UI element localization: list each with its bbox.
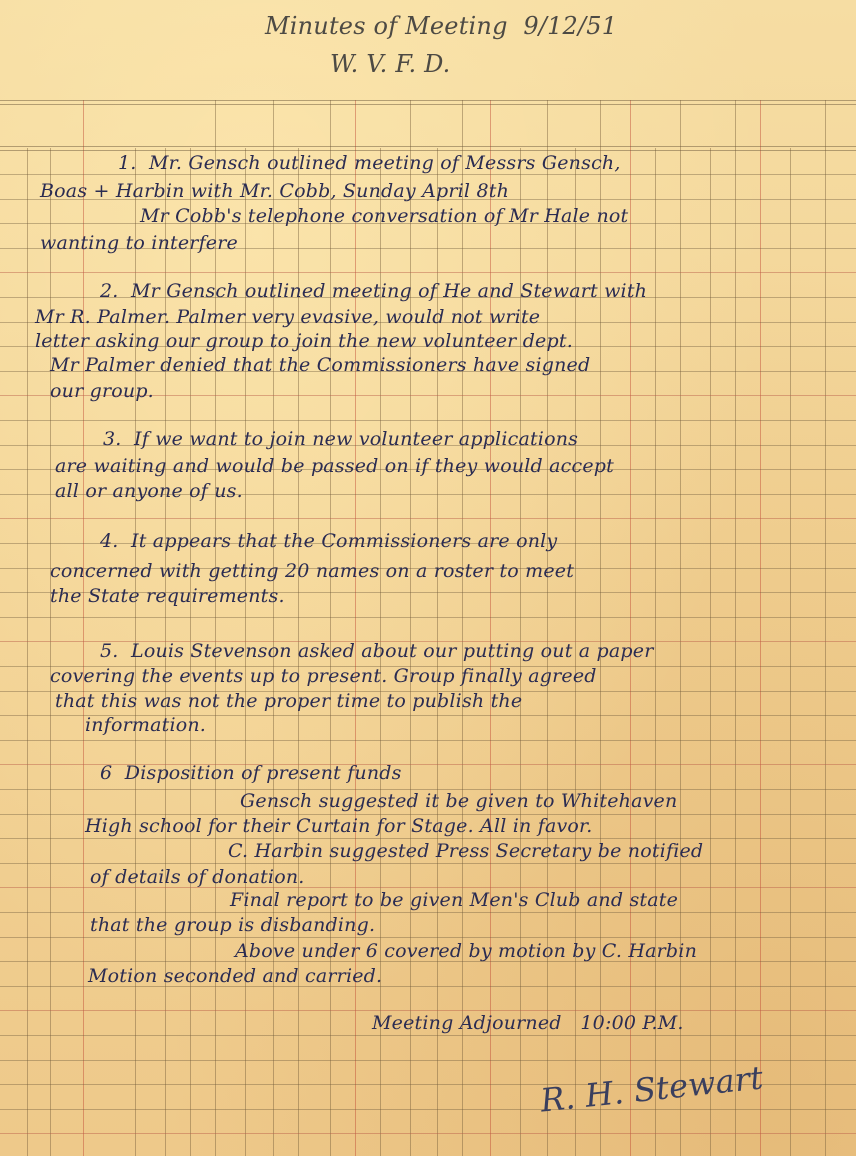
grid-vertical-line bbox=[462, 100, 463, 1156]
document-page: Minutes of Meeting 9/12/51 W. V. F. D. 1… bbox=[0, 0, 856, 1156]
grid-vertical-line bbox=[273, 100, 274, 1156]
item-5-line-2: covering the events up to present. Group… bbox=[50, 665, 597, 687]
grid-horizontal-line bbox=[0, 1010, 856, 1011]
item-4-line-3: the State requirements. bbox=[50, 585, 285, 607]
grid-horizontal-line bbox=[0, 937, 856, 938]
organization-name: W. V. F. D. bbox=[330, 50, 451, 78]
grid-horizontal-line bbox=[0, 1109, 856, 1110]
grid-horizontal-line bbox=[0, 617, 856, 618]
item-5-line-1: 5. Louis Stevenson asked about our putti… bbox=[100, 640, 654, 662]
adjourned-time: 10:00 P.M. bbox=[580, 1012, 683, 1034]
meeting-adjourned: Meeting Adjourned 10:00 P.M. bbox=[372, 1012, 684, 1034]
grid-vertical-line bbox=[680, 100, 681, 1156]
grid-vertical-line bbox=[355, 100, 356, 1156]
grid-vertical-line bbox=[825, 100, 826, 1156]
item-2-line-2: Mr R. Palmer. Palmer very evasive, would… bbox=[35, 306, 540, 328]
item-3-line-2: are waiting and would be passed on if th… bbox=[55, 455, 614, 477]
item-6-line-6: Final report to be given Men's Club and … bbox=[230, 889, 678, 911]
grid-vertical-line bbox=[330, 100, 331, 1156]
item-6-line-9: Motion seconded and carried. bbox=[88, 965, 382, 987]
grid-vertical-line bbox=[600, 100, 601, 1156]
item-2-line-1: 2. Mr Gensch outlined meeting of He and … bbox=[100, 280, 647, 302]
grid-vertical-line bbox=[215, 100, 216, 1156]
grid-vertical-line bbox=[490, 100, 491, 1156]
item-3-line-3: all or anyone of us. bbox=[55, 480, 243, 502]
grid-vertical-line bbox=[630, 100, 631, 1156]
item-2-line-3: letter asking our group to join the new … bbox=[35, 330, 573, 352]
grid-vertical-line bbox=[790, 148, 791, 1156]
grid-vertical-line bbox=[50, 148, 51, 1156]
minutes-title: Minutes of Meeting 9/12/51 bbox=[265, 12, 617, 40]
item-1-line-2: Boas + Harbin with Mr. Cobb, Sunday Apri… bbox=[40, 180, 509, 202]
grid-horizontal-line bbox=[0, 174, 856, 175]
item-1-line-1: 1. Mr. Gensch outlined meeting of Messrs… bbox=[118, 152, 621, 174]
item-5-line-3: that this was not the proper time to pub… bbox=[55, 690, 522, 712]
item-4-line-1: 4. It appears that the Commissioners are… bbox=[100, 530, 557, 552]
item-1-line-3: Mr Cobb's telephone conversation of Mr H… bbox=[140, 205, 628, 227]
grid-vertical-line bbox=[27, 148, 28, 1156]
item-4-line-2: concerned with getting 20 names on a ros… bbox=[50, 560, 574, 582]
item-6-line-5: of details of donation. bbox=[90, 866, 305, 888]
item-3-line-1: 3. If we want to join new volunteer appl… bbox=[103, 428, 578, 450]
grid-double-rule bbox=[0, 146, 856, 151]
item-6-line-2: Gensch suggested it be given to Whitehav… bbox=[240, 790, 677, 812]
grid-horizontal-line bbox=[0, 838, 856, 839]
item-6-line-1: 6 Disposition of present funds bbox=[100, 762, 402, 784]
grid-horizontal-line bbox=[0, 272, 856, 273]
grid-horizontal-line bbox=[0, 740, 856, 741]
grid-horizontal-line bbox=[0, 420, 856, 421]
item-6-line-7: that the group is disbanding. bbox=[90, 914, 375, 936]
grid-horizontal-line bbox=[0, 912, 856, 913]
meeting-date: 9/12/51 bbox=[523, 12, 617, 40]
grid-vertical-line bbox=[655, 148, 656, 1156]
item-1-line-4: wanting to interfere bbox=[40, 232, 238, 254]
grid-horizontal-line bbox=[0, 863, 856, 864]
grid-horizontal-line bbox=[0, 1133, 856, 1134]
grid-vertical-line bbox=[760, 100, 761, 1156]
item-5-line-4: information. bbox=[85, 714, 206, 736]
grid-vertical-line bbox=[710, 148, 711, 1156]
item-6-line-3: High school for their Curtain for Stage.… bbox=[85, 815, 592, 837]
grid-vertical-line bbox=[735, 100, 736, 1156]
grid-horizontal-line bbox=[0, 1035, 856, 1036]
item-6-line-8: Above under 6 covered by motion by C. Ha… bbox=[235, 940, 697, 962]
item-2-line-4: Mr Palmer denied that the Commissioners … bbox=[50, 354, 590, 376]
grid-double-rule bbox=[0, 100, 856, 105]
grid-horizontal-line bbox=[0, 518, 856, 519]
item-2-line-5: our group. bbox=[50, 380, 154, 402]
grid-vertical-line bbox=[547, 100, 548, 1156]
item-6-line-4: C. Harbin suggested Press Secretary be n… bbox=[228, 840, 703, 862]
grid-vertical-line bbox=[410, 100, 411, 1156]
grid-vertical-line bbox=[83, 100, 84, 1156]
